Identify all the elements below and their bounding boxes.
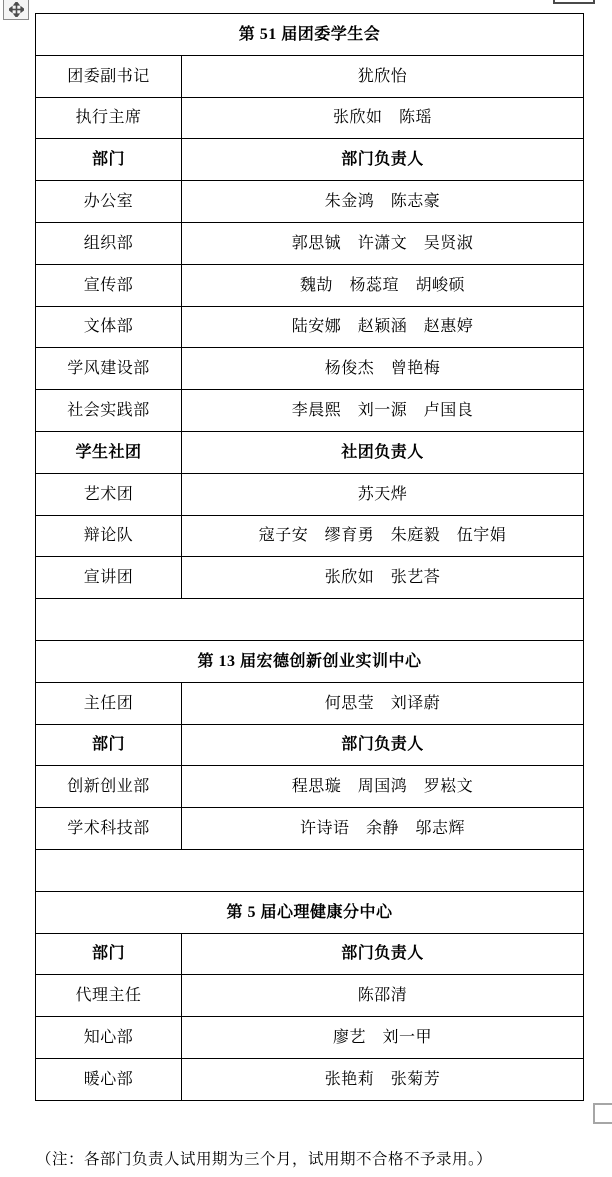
table-move-handle[interactable] [3,0,29,20]
table-row: 第 5 届心理健康分中心 [36,891,584,933]
department-cell[interactable]: 团委副书记 [36,55,182,97]
members-cell[interactable]: 朱金鸿 陈志豪 [182,181,584,223]
members-cell[interactable]: 魏劼 杨蕊瑄 胡峻硕 [182,264,584,306]
column-header-value-cell[interactable]: 部门负责人 [182,139,584,181]
table-row: 执行主席张欣如 陈瑶 [36,97,584,139]
table-row: 宣传部魏劼 杨蕊瑄 胡峻硕 [36,264,584,306]
top-right-partial-box [553,0,595,4]
column-header-label-cell[interactable]: 部门 [36,724,182,766]
table-row: 部门部门负责人 [36,139,584,181]
column-header-label-cell[interactable]: 部门 [36,933,182,975]
column-header-value-cell[interactable]: 部门负责人 [182,724,584,766]
table-row: 学风建设部杨俊杰 曾艳梅 [36,348,584,390]
members-cell[interactable]: 苏天烨 [182,473,584,515]
department-cell[interactable]: 宣传部 [36,264,182,306]
members-cell[interactable]: 犹欣怡 [182,55,584,97]
table-row: 第 13 届宏德创新创业实训中心 [36,640,584,682]
members-cell[interactable]: 张艳莉 张菊芳 [182,1058,584,1100]
department-cell[interactable]: 文体部 [36,306,182,348]
members-cell[interactable]: 寇子安 缪育勇 朱庭毅 伍宇娟 [182,515,584,557]
table-row: 文体部陆安娜 赵颖涵 赵惠婷 [36,306,584,348]
table-row: 学术科技部许诗语 余静 邬志辉 [36,808,584,850]
table-row: 部门部门负责人 [36,724,584,766]
table-row [36,599,584,641]
column-header-label-cell[interactable]: 部门 [36,139,182,181]
department-cell[interactable]: 主任团 [36,682,182,724]
department-cell[interactable]: 暖心部 [36,1058,182,1100]
department-cell[interactable]: 代理主任 [36,975,182,1017]
blank-cell[interactable] [36,849,584,891]
column-header-value-cell[interactable]: 部门负责人 [182,933,584,975]
column-header-label-cell[interactable]: 学生社团 [36,431,182,473]
table-resize-handle[interactable] [593,1103,612,1124]
department-cell[interactable]: 组织部 [36,222,182,264]
column-header-value-cell[interactable]: 社团负责人 [182,431,584,473]
members-cell[interactable]: 陈邵清 [182,975,584,1017]
table-row: 艺术团苏天烨 [36,473,584,515]
org-roster-table: 第 51 届团委学生会团委副书记犹欣怡执行主席张欣如 陈瑶部门部门负责人办公室朱… [35,13,584,1101]
table-row: 部门部门负责人 [36,933,584,975]
members-cell[interactable]: 郭思铖 许潇文 吴贤淑 [182,222,584,264]
department-cell[interactable]: 辩论队 [36,515,182,557]
department-cell[interactable]: 社会实践部 [36,390,182,432]
department-cell[interactable]: 执行主席 [36,97,182,139]
table-row: 知心部廖艺 刘一甲 [36,1017,584,1059]
table-row: 暖心部张艳莉 张菊芳 [36,1058,584,1100]
section-title-cell[interactable]: 第 13 届宏德创新创业实训中心 [36,640,584,682]
department-cell[interactable]: 办公室 [36,181,182,223]
members-cell[interactable]: 廖艺 刘一甲 [182,1017,584,1059]
table-row: 组织部郭思铖 许潇文 吴贤淑 [36,222,584,264]
members-cell[interactable]: 张欣如 陈瑶 [182,97,584,139]
table-row: 办公室朱金鸿 陈志豪 [36,181,584,223]
table-move-icon [9,2,24,19]
table-row: 第 51 届团委学生会 [36,14,584,56]
members-cell[interactable]: 李晨熙 刘一源 卢国良 [182,390,584,432]
members-cell[interactable]: 陆安娜 赵颖涵 赵惠婷 [182,306,584,348]
department-cell[interactable]: 学术科技部 [36,808,182,850]
section-title-cell[interactable]: 第 51 届团委学生会 [36,14,584,56]
members-cell[interactable]: 杨俊杰 曾艳梅 [182,348,584,390]
members-cell[interactable]: 何思莹 刘译蔚 [182,682,584,724]
blank-cell[interactable] [36,599,584,641]
department-cell[interactable]: 宣讲团 [36,557,182,599]
table-row: 主任团何思莹 刘译蔚 [36,682,584,724]
document-page: 第 51 届团委学生会团委副书记犹欣怡执行主席张欣如 陈瑶部门部门负责人办公室朱… [0,0,612,1177]
section-title-cell[interactable]: 第 5 届心理健康分中心 [36,891,584,933]
members-cell[interactable]: 程思璇 周国鸿 罗崧文 [182,766,584,808]
table-row: 社会实践部李晨熙 刘一源 卢国良 [36,390,584,432]
department-cell[interactable]: 创新创业部 [36,766,182,808]
table-row: 团委副书记犹欣怡 [36,55,584,97]
members-cell[interactable]: 许诗语 余静 邬志辉 [182,808,584,850]
table-row: 辩论队寇子安 缪育勇 朱庭毅 伍宇娟 [36,515,584,557]
table-row [36,849,584,891]
department-cell[interactable]: 知心部 [36,1017,182,1059]
table-row: 创新创业部程思璇 周国鸿 罗崧文 [36,766,584,808]
footer-note[interactable]: （注：各部门负责人试用期为三个月，试用期不合格不予录用。） [36,1147,596,1169]
members-cell[interactable]: 张欣如 张艺荅 [182,557,584,599]
table-row: 宣讲团张欣如 张艺荅 [36,557,584,599]
table-row: 学生社团社团负责人 [36,431,584,473]
department-cell[interactable]: 学风建设部 [36,348,182,390]
table-row: 代理主任陈邵清 [36,975,584,1017]
department-cell[interactable]: 艺术团 [36,473,182,515]
